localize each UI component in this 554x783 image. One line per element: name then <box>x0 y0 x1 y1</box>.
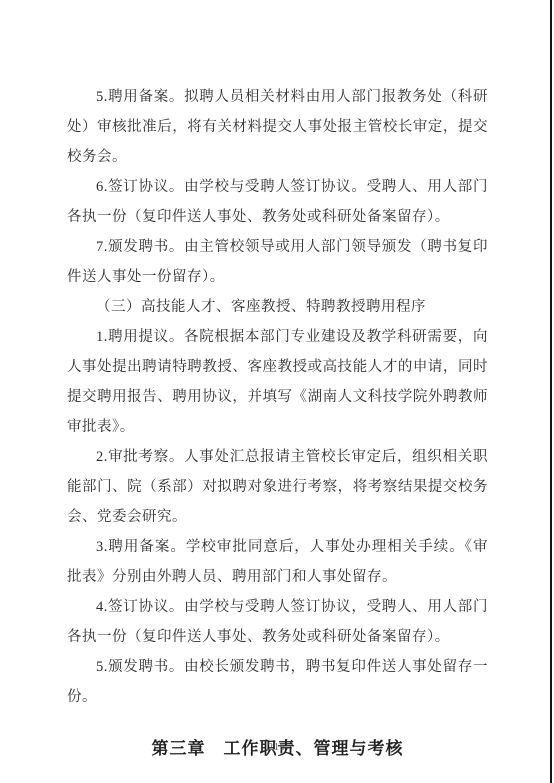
body-paragraph: 4.签订协议。由学校与受聘人签订协议，受聘人、用人部门各执一份（复印件送人事处、… <box>67 592 488 652</box>
body-paragraph: 1.聘用提议。各院根据本部门专业建设及教学科研需要，向人事处提出聘请特聘教授、客… <box>67 322 488 442</box>
body-paragraph: 7.颁发聘书。由主管校领导或用人部门领导颁发（聘书复印件送人事处一份留存）。 <box>67 232 488 292</box>
body-paragraph: 5.聘用备案。拟聘人员相关材料由用人部门报教务处（科研处）审核批准后，将有关材料… <box>67 82 488 172</box>
body-paragraph: 5.颁发聘书。由校长颁发聘书，聘书复印件送人事处留存一份。 <box>67 652 488 712</box>
body-paragraph: 2.审批考察。人事处汇总报请主管校长审定后，组织相关职能部门、院（系部）对拟聘对… <box>67 442 488 532</box>
page-number: 215 <box>0 742 554 753</box>
subsection-heading: （三）高技能人才、客座教授、特聘教授聘用程序 <box>67 292 488 322</box>
body-paragraph: 6.签订协议。由学校与受聘人签订协议。受聘人、用人部门各执一份（复印件送人事处、… <box>67 172 488 232</box>
scan-edge-artifact <box>550 0 552 783</box>
body-paragraph: 3.聘用备案。学校审批同意后，人事处办理相关手续。《审批表》分别由外聘人员、聘用… <box>67 532 488 592</box>
page-content: 5.聘用备案。拟聘人员相关材料由用人部门报教务处（科研处）审核批准后，将有关材料… <box>67 82 488 759</box>
document-page: 5.聘用备案。拟聘人员相关材料由用人部门报教务处（科研处）审核批准后，将有关材料… <box>0 0 554 783</box>
